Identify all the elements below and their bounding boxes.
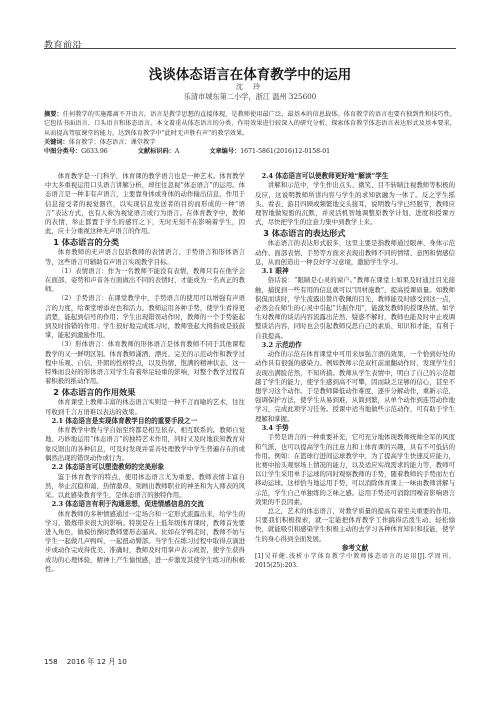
paragraph: 体态语言的表达形式很多，这里主要是指教师通过眼神、身体示范动作、面部表情、手势等… (255, 239, 455, 267)
abstract-block: 摘要：任何教学的实施都离不开语言，语言是教学思想的直接体现，是教师使用最广泛、最… (44, 110, 456, 156)
left-column: 体育教学是一门科学，体育课的教学语言也是一种艺术。体育教学中大多重视运用口头语言… (45, 172, 245, 574)
section-3-2-heading: 3.2 示范动作 (262, 341, 455, 350)
paragraph: （1）表情语言：作为一名教师不能没有表情，教师只有在他学会在面部、姿势和声音各方… (45, 267, 245, 295)
abstract-text: 任何教学的实施都离不开语言，语言是教学思想的直接体现，是教师使用最广泛、最基本的… (44, 111, 456, 137)
reference-item: [1]吴祥健.浅析小学体育教学中教师体态语言的运用[J].学周刊，2015(25… (255, 553, 455, 570)
clc-value: G633.96 (81, 148, 108, 155)
section-2-1-heading: 2.1 体态语言是实现体育教学目的的重要手段之一 (52, 417, 245, 426)
paragraph: 体育教学中教与学自始至终都是相互依存、相互联系的。教师自觉地、巧妙地运用“体态语… (45, 426, 245, 463)
references-heading: 参考文献 (255, 544, 455, 553)
section-3-4-heading: 3.4 手势 (262, 424, 455, 433)
section-2-2-heading: 2.2 体态语言可以塑造教师的完美形象 (52, 463, 245, 472)
keywords: 关键词：体育教学；体态语言；课堂教学 (44, 138, 456, 147)
article-no-value: 1671-5861(2016)12-0158-01 (240, 148, 330, 155)
paragraph: 动作的示范在体育课堂中可用来加强言语的效果，一个恰到好处的动作具有很强的感染力。… (255, 350, 455, 424)
section-1-heading: 1 体态语言的分类 (53, 237, 245, 247)
doc-code-value: A (175, 148, 179, 155)
clc: 中图分类号：G633.96 (44, 147, 108, 156)
section-2-3-heading: 2.3 体态语言有利于沟通思想，促进情感信息的交流 (52, 500, 245, 509)
paragraph: 手势是语言的一种重要补充，它可充分地体现教师统帅全军的风度和气派，也可以提高学生… (255, 433, 455, 507)
section-3-heading: 3 体态语言的表达形式 (263, 228, 455, 238)
article-no: 文章编号：1671-5861(2016)12-0158-01 (209, 147, 330, 156)
article-title: 浅谈体态语言在体育教学中的运用 (0, 63, 500, 83)
paragraph: 讲解和示范中，学生作出点头、微笑、目不转睛注视教师等积极的反应，这说明教师所讲内… (255, 181, 455, 227)
section-2-4-heading: 2.4 体态语言可以使教师更好地“解读”学生 (262, 172, 455, 181)
page-footer: 1582016 年 12 月 10 (44, 657, 127, 667)
paragraph: 俗话说：“眼睛是心灵的窗户。”教师在课堂上如果及时通过目光接触，捕捉到一些有用的… (255, 276, 455, 340)
issue-date: 2016 年 12 月 10 (67, 657, 127, 666)
doc-code: 文献标识码：A (138, 147, 180, 156)
article-author: 沈 玲 (0, 82, 500, 92)
journal-section-label: 教育前沿 (44, 38, 82, 51)
paragraph: 体育教师的多种情感通过一定场合和一定形式流露出来，给学生的学习、锻炼带来很大的影… (45, 510, 245, 574)
article-no-label: 文章编号： (209, 148, 240, 155)
header-rule (44, 48, 456, 49)
conclusion-paragraph: 总之，艺术的体态语言，对教学质量的提高有着至关重要的作用。只要我们积极探索，就一… (255, 507, 455, 544)
paragraph: （3）形体语言：体育教师的形体语言是体育教师不同于其他课程教学的又一鲜明区别。体… (45, 340, 245, 386)
intro-paragraph: 体育教学是一门科学，体育课的教学语言也是一种艺术。体育教学中大多重视运用口头语言… (45, 172, 245, 236)
paragraph: （2）手势语言：在课堂教学中，手势语言的使用可以增强有声语言的力度，给课堂增添亮… (45, 294, 245, 340)
paragraph: 体育课堂上教师丰富的体态语言实则是一种不言而喻的艺术，往往可收到千言万语难以表达… (45, 398, 245, 416)
right-column: 2.4 体态语言可以使教师更好地“解读”学生 讲解和示范中，学生作出点头、微笑、… (255, 172, 455, 570)
keywords-label: 关键词： (44, 139, 69, 146)
doc-code-label: 文献标识码： (138, 148, 175, 155)
article-affiliation: 乐清市城东第二小学，浙江 温州 325600 (0, 92, 500, 102)
paragraph: 鉴于体育教学的特点，使用体态语言尤为重要。教师表情丰富自然，举止沉稳和蔼，热情激… (45, 473, 245, 501)
abstract: 摘要：任何教学的实施都离不开语言，语言是教学思想的直接体现，是教师使用最广泛、最… (44, 110, 456, 138)
article-meta: 中图分类号：G633.96 文献标识码：A 文章编号：1671-5861(201… (44, 147, 456, 156)
keywords-text: 体育教学；体态语言；课堂教学 (69, 139, 156, 146)
page-number: 158 (44, 657, 58, 666)
paragraph: 体育教师的无声语言包括教师的表情语言、手势语言和形体语言等，这些语言可辅助有声语… (45, 248, 245, 266)
section-2-heading: 2 体态语言的作用效果 (53, 387, 245, 397)
abstract-label: 摘要： (44, 111, 63, 118)
clc-label: 中图分类号： (44, 148, 81, 155)
